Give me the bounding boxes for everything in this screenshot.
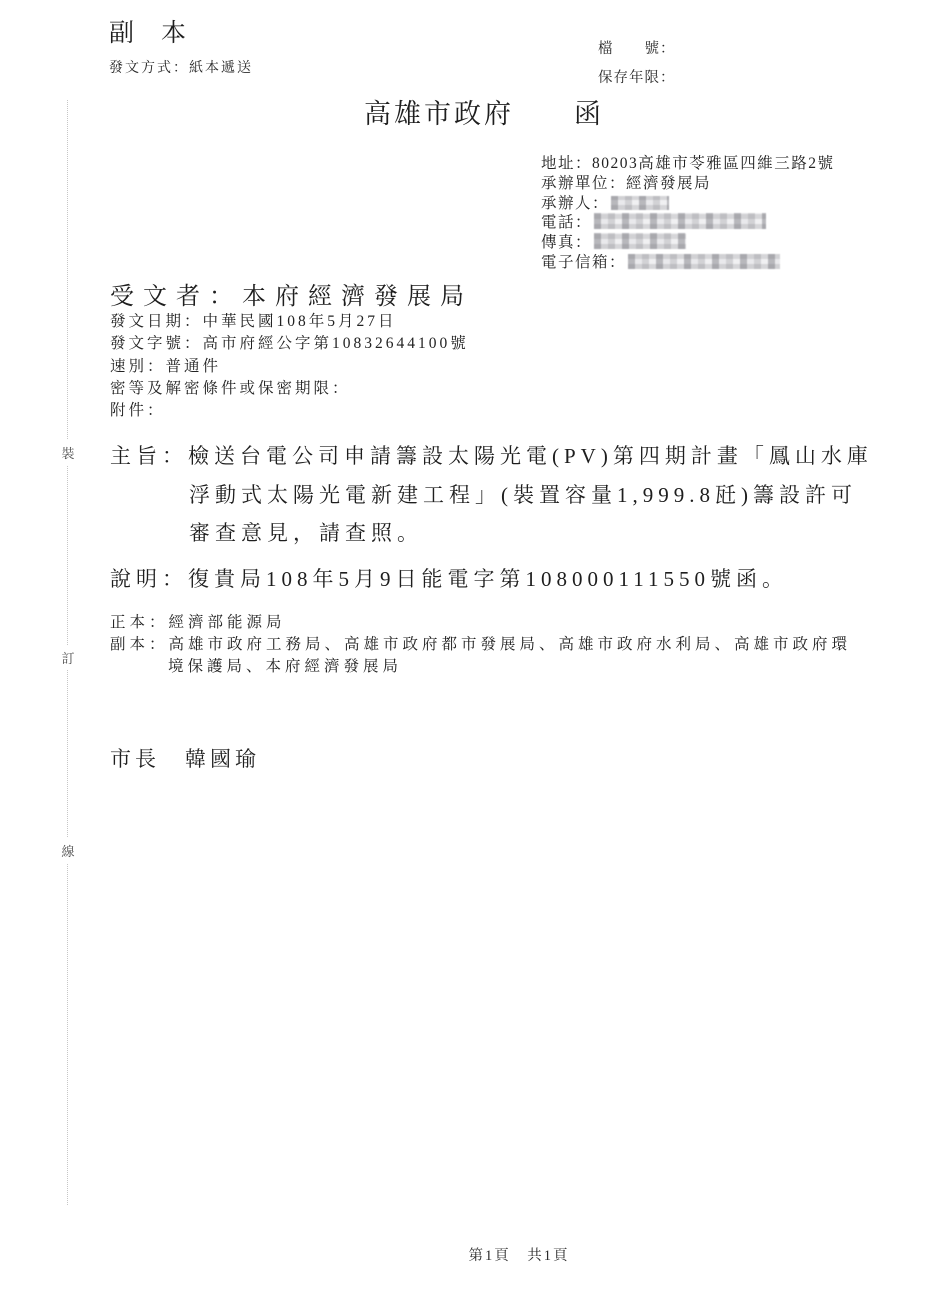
email-label: 電子信箱： bbox=[541, 254, 626, 271]
priority: 速別：普通件 bbox=[110, 356, 469, 378]
subject-label: 主旨： bbox=[110, 444, 188, 468]
issue-number: 發文字號：高市府經公字第10832644100號 bbox=[110, 333, 469, 355]
cc-recipient-line: 副本：高雄市政府工務局、高雄市政府都市發展局、高雄市政府水利局、高雄市政府環境保… bbox=[110, 634, 866, 678]
official-letter-page: 裝 訂 線 副 本 發文方式：紙本遞送 檔 號： 保存年限： 高雄市政府 函 地… bbox=[0, 0, 928, 1310]
file-number-label: 檔 號： bbox=[598, 37, 676, 58]
explanation-text: 復貴局108年5月9日能電字第108000111550號函。 bbox=[188, 567, 788, 591]
security-classification: 密等及解密條件或保密期限： bbox=[110, 378, 469, 400]
original-text: 經濟部能源局 bbox=[169, 614, 286, 631]
sender-email-row: 電子信箱： bbox=[541, 253, 835, 273]
document-title: 高雄市政府 函 bbox=[40, 92, 928, 131]
binding-mark-zhuang: 裝 bbox=[54, 440, 82, 465]
original-recipient-line: 正本：經濟部能源局 bbox=[110, 612, 866, 634]
mayor-signature: 市長 韓國瑜 bbox=[110, 743, 260, 773]
contact-label: 承辦人： bbox=[541, 195, 609, 212]
cc-text: 高雄市政府工務局、高雄市政府都市發展局、高雄市政府水利局、高雄市政府環境保護局、… bbox=[168, 636, 851, 675]
redacted-contact-name bbox=[611, 196, 669, 210]
fax-label: 傳真： bbox=[541, 234, 592, 251]
explanation-label: 說明： bbox=[110, 567, 188, 591]
cc-label: 副本： bbox=[110, 636, 169, 653]
subject-text: 檢送台電公司申請籌設太陽光電(PV)第四期計畫「鳳山水庫浮動式太陽光電新建工程」… bbox=[188, 444, 873, 545]
sender-address: 地址：80203高雄市苓雅區四維三路2號 bbox=[541, 154, 835, 174]
retention-period-label: 保存年限： bbox=[598, 66, 676, 87]
page-number-footer: 第1頁 共1頁 bbox=[110, 1244, 928, 1265]
sender-fax-row: 傳真： bbox=[541, 233, 835, 253]
original-label: 正本： bbox=[110, 614, 169, 631]
issue-date: 發文日期：中華民國108年5月27日 bbox=[110, 311, 469, 333]
sender-info-block: 地址：80203高雄市苓雅區四維三路2號 承辦單位：經濟發展局 承辦人： 電話：… bbox=[541, 154, 835, 273]
explanation-paragraph: 說明：復貴局108年5月9日能電字第108000111550號函。 bbox=[110, 560, 878, 599]
phone-label: 電話： bbox=[541, 214, 592, 231]
meta-block: 發文日期：中華民國108年5月27日 發文字號：高市府經公字第108326441… bbox=[110, 311, 469, 422]
recipient-line: 受文者：本府經濟發展局 bbox=[110, 276, 473, 311]
binding-mark-xian: 線 bbox=[54, 838, 82, 863]
redacted-email bbox=[628, 254, 780, 269]
delivery-method: 發文方式：紙本遞送 bbox=[109, 57, 253, 77]
sender-phone-row: 電話： bbox=[541, 213, 835, 233]
sender-unit: 承辦單位：經濟發展局 bbox=[541, 174, 835, 194]
redacted-phone bbox=[594, 213, 766, 229]
redacted-fax bbox=[594, 233, 686, 249]
attachment: 附件： bbox=[110, 400, 469, 422]
distribution-block: 正本：經濟部能源局 副本：高雄市政府工務局、高雄市政府都市發展局、高雄市政府水利… bbox=[110, 612, 866, 678]
copy-label: 副 本 bbox=[109, 13, 187, 49]
sender-contact-row: 承辦人： bbox=[541, 194, 835, 214]
binding-mark-ding: 訂 bbox=[54, 645, 82, 670]
subject-paragraph: 主旨：檢送台電公司申請籌設太陽光電(PV)第四期計畫「鳳山水庫浮動式太陽光電新建… bbox=[110, 437, 878, 553]
